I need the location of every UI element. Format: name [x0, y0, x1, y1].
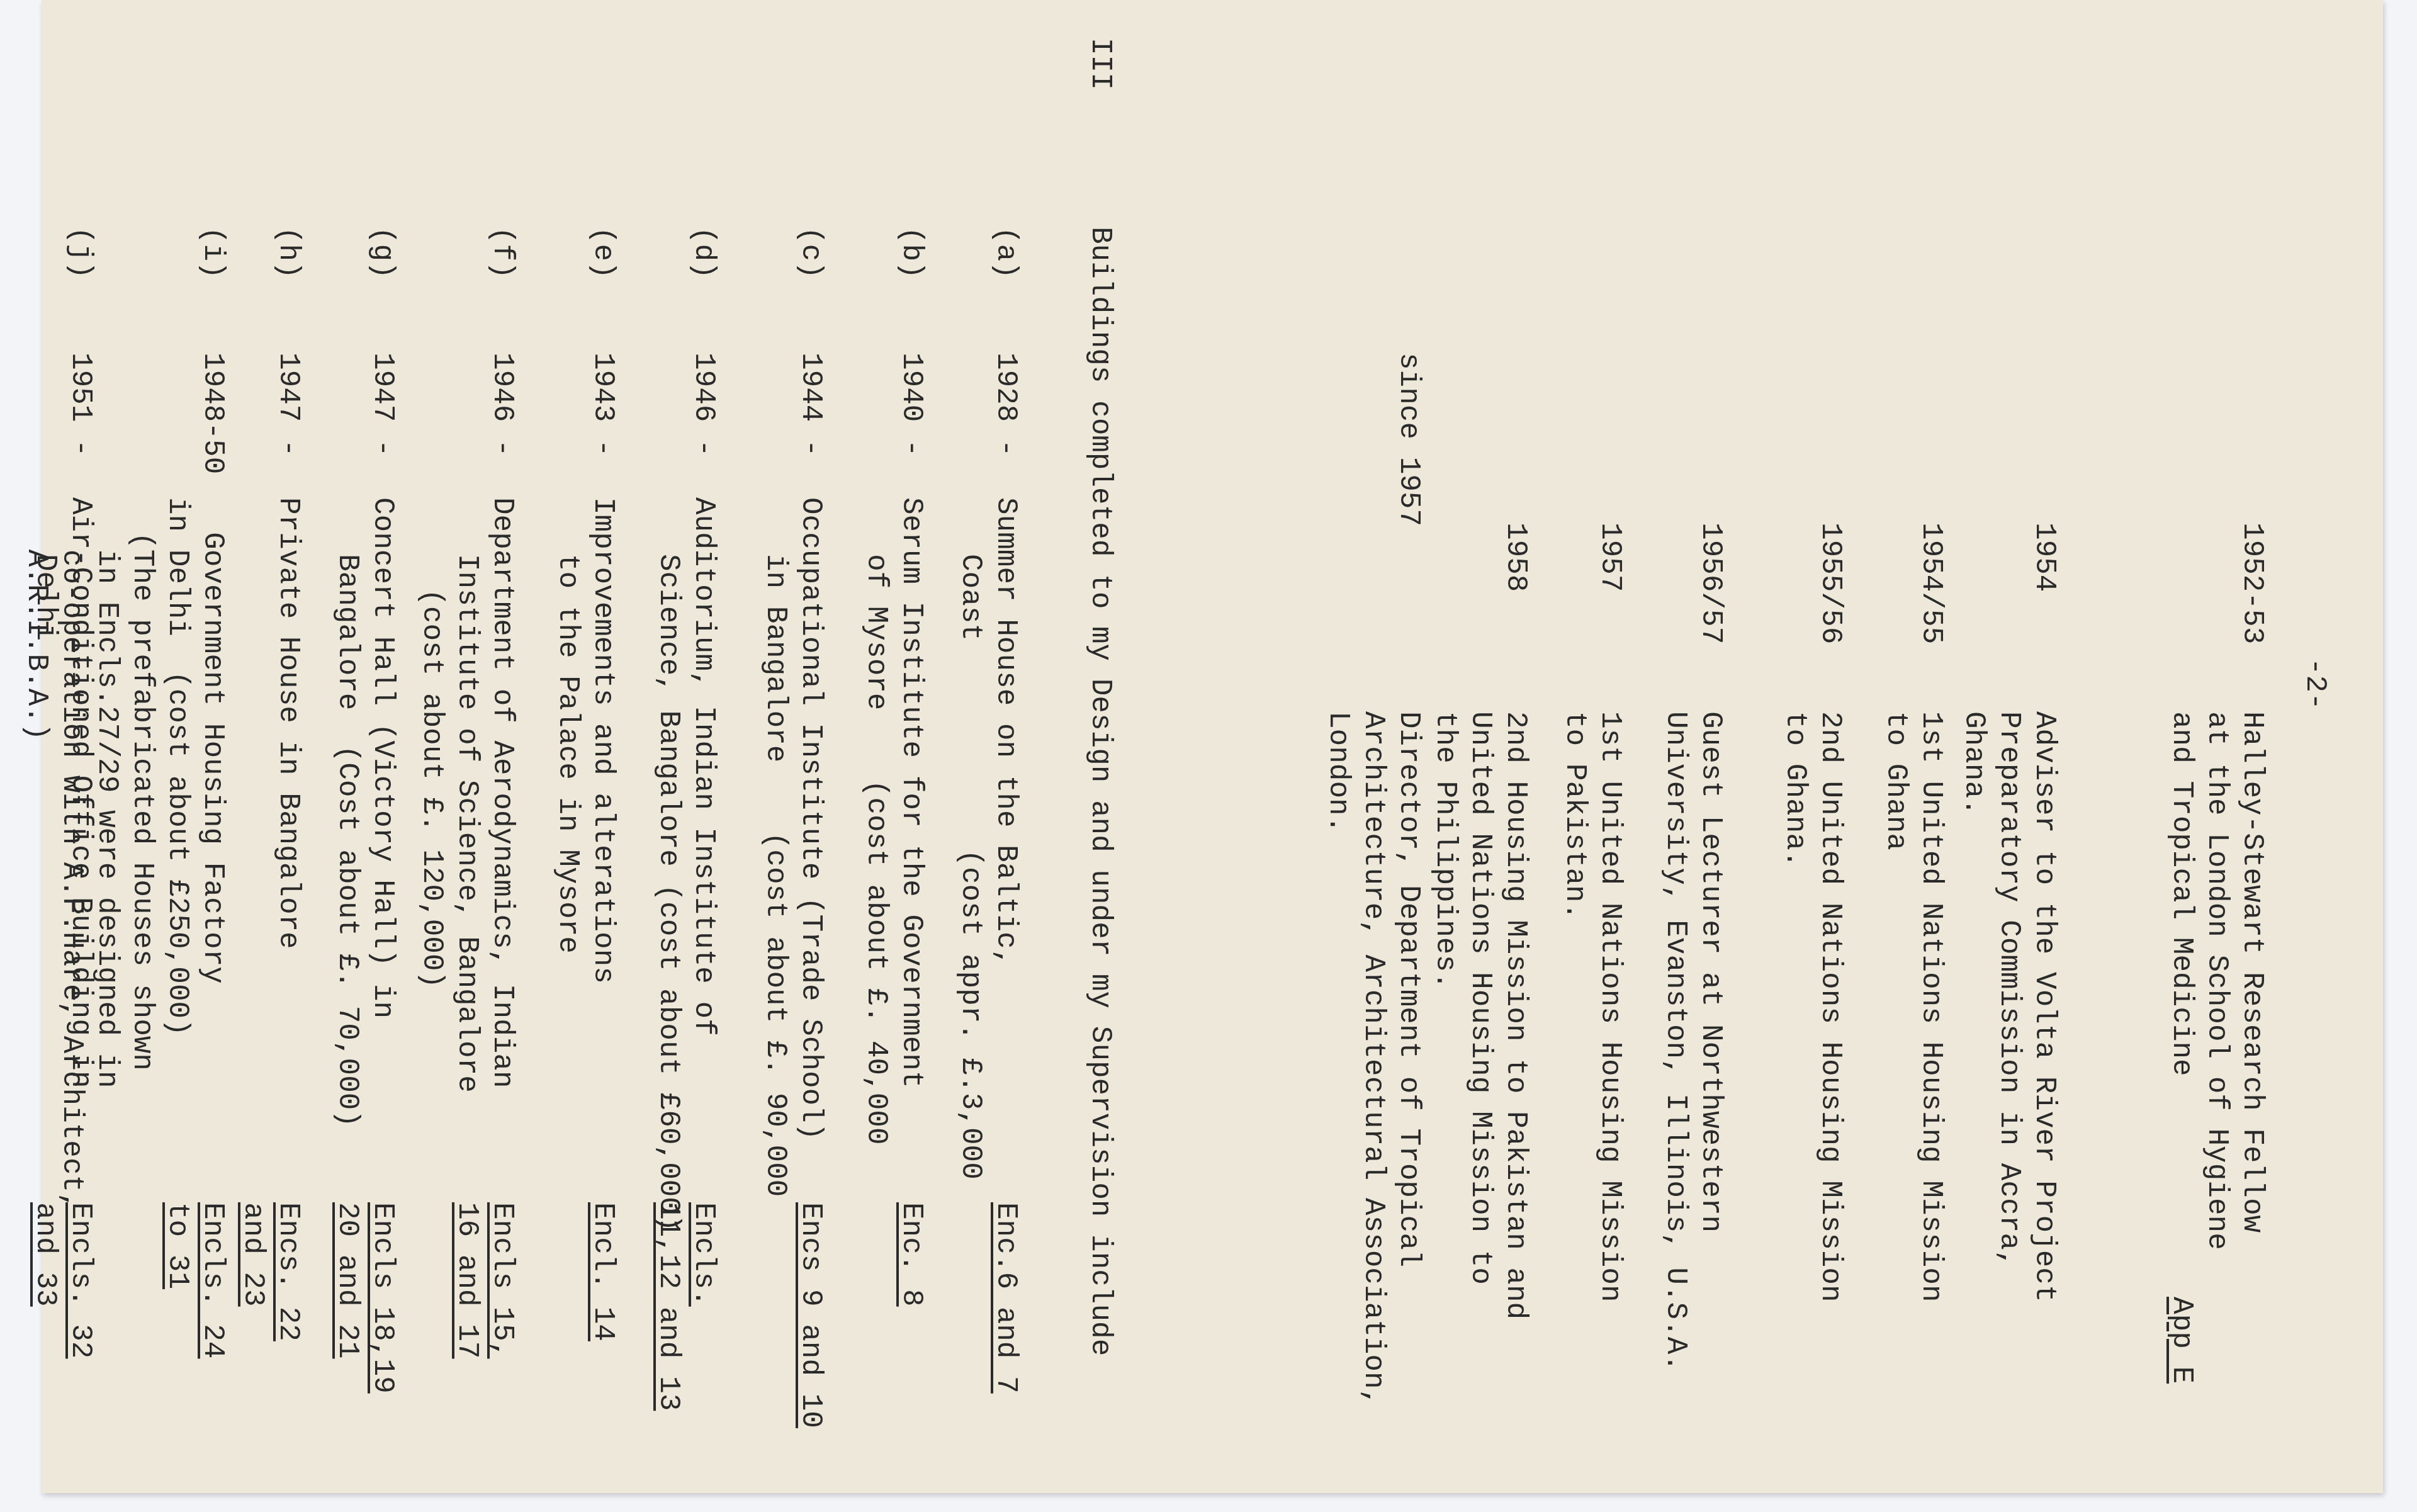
description-line: and Tropical Medicine	[2164, 711, 2199, 1250]
enclosure-ref-line: App E	[2164, 1297, 2199, 1384]
item-description: Serum Institute for the Governmentof Mys…	[859, 497, 929, 1145]
enclosure-ref: App E	[2164, 1297, 2199, 1384]
description-line: Architecture, Architectural Association,	[1356, 711, 1391, 1406]
description-line: Auditorium, Indian Institute of	[686, 497, 721, 1232]
description-line: Preparatory Commission in Accra,	[1992, 711, 2027, 1302]
item-label: (j)	[63, 227, 98, 279]
career-description: Adviser to the Volta River ProjectPrepar…	[1956, 711, 2062, 1302]
item-label: (a)	[988, 227, 1023, 279]
description-line: at the London School of Hygiene	[2199, 711, 2234, 1250]
enclosure-ref: Encls 18,1920 and 21	[330, 1202, 400, 1394]
item-label: (g)	[365, 227, 400, 279]
description-line: Delhi	[28, 497, 63, 1088]
enclosure-ref-line: 16 and 17	[449, 1202, 485, 1358]
career-year: 1955/56	[1813, 522, 1848, 644]
career-description: 1st United Nations Housing Missionto Gha…	[1878, 711, 1949, 1302]
description-line: the Philippines.	[1428, 711, 1463, 1319]
enclosure-ref: Encls. 24to 31	[160, 1202, 230, 1358]
item-year: 1947 -	[365, 353, 400, 457]
description-line: in Delhi (cost about £250,000)	[160, 497, 195, 1210]
rotated-content: -2- 1952-53Halley-Stewart Research Fello…	[42, 0, 2383, 1493]
career-description: 1st United Nations Housing Missionto Pak…	[1557, 711, 1628, 1302]
enclosure-ref: Encls 15,16 and 17	[449, 1202, 520, 1358]
enclosure-ref-line: and 23	[235, 1202, 271, 1341]
section-heading: Buildings completed to my Design and und…	[1083, 227, 1118, 1356]
item-label: (f)	[485, 227, 520, 279]
item-description: Summer House on the Baltic,Coast (cost a…	[953, 497, 1023, 1180]
description-line: (cost about £. 120,000)	[414, 497, 449, 1093]
enclosure-ref-line: Encs. 22	[271, 1202, 306, 1341]
item-description: Department of Aerodynamics, IndianInstit…	[414, 497, 520, 1093]
description-line: Director, Department of Tropical	[1391, 711, 1426, 1406]
description-line: Halley-Stewart Research Fellow	[2234, 711, 2270, 1250]
item-description: Occupational Institute (Trade School)in …	[758, 497, 828, 1197]
item-year: 1946 -	[485, 353, 520, 457]
item-year: 1943 -	[585, 353, 621, 457]
item-year: 1947 -	[271, 353, 306, 457]
item-description: Private House in Bangalore	[271, 497, 306, 949]
enclosure-ref-line: Encls.	[686, 1202, 721, 1411]
description-line: 2nd United Nations Housing Mission	[1813, 711, 1848, 1302]
description-line: Science, Bangalore (cost about £60,000)	[651, 497, 686, 1232]
item-year: 1951 -	[63, 353, 98, 457]
description-line: Concert Hall (Victory Hall) in	[365, 497, 400, 1127]
item-description: Improvements and alterationsto the Palac…	[550, 497, 621, 984]
description-line: Summer House on the Baltic,	[988, 497, 1023, 1180]
item-label: (b)	[894, 227, 929, 279]
career-year: 1956/57	[1693, 522, 1728, 644]
enclosure-ref: Encls. 32and 33	[28, 1202, 98, 1358]
description-line: Air-Conditioned Office Building in	[63, 497, 98, 1088]
career-year: 1954/55	[1913, 522, 1949, 644]
description-line: of Mysore (cost about £. 40,000	[859, 497, 894, 1145]
enclosure-ref: Encls.11,12 and 13	[651, 1202, 721, 1411]
item-description: Concert Hall (Victory Hall) inBangalore …	[330, 497, 400, 1127]
career-description: 2nd United Nations Housing Missionto Gha…	[1778, 711, 1848, 1302]
career-year: 1952-53	[2234, 522, 2270, 644]
page-number: -2-	[2297, 658, 2333, 710]
description-line: Private House in Bangalore	[271, 497, 306, 949]
career-description: Director, Department of TropicalArchitec…	[1321, 711, 1426, 1406]
enclosure-ref-line: Enc.6 and 7	[988, 1202, 1023, 1394]
career-year: 1957	[1592, 522, 1628, 592]
career-description: Halley-Stewart Research Fellowat the Lon…	[2164, 711, 2270, 1250]
enclosure-ref-line: Encls 18,19	[365, 1202, 400, 1394]
description-line: Bangalore (Cost about £. 70,000)	[330, 497, 365, 1127]
description-line: Department of Aerodynamics, Indian	[485, 497, 520, 1093]
career-year: 1954	[2027, 522, 2062, 592]
description-line: 1st United Nations Housing Mission	[1592, 711, 1628, 1302]
enclosure-ref-line: Enc. 8	[894, 1202, 929, 1307]
description-line: London.	[1321, 711, 1356, 1406]
description-line: Institute of Science, Bangalore	[449, 497, 485, 1093]
description-line: to the Palace in Mysore	[550, 497, 585, 984]
description-line: United Nations Housing Mission to	[1463, 711, 1498, 1319]
item-label: (i)	[195, 227, 230, 279]
item-label: (h)	[271, 227, 306, 279]
item-year: 1946 -	[686, 353, 721, 457]
career-description: Guest Lecturer at NorthwesternUniversity…	[1658, 711, 1728, 1372]
item-description: Air-Conditioned Office Building inDelhi	[28, 497, 98, 1088]
description-line: 1st United Nations Housing Mission	[1913, 711, 1949, 1302]
item-year: 1928 -	[988, 353, 1023, 457]
enclosure-ref-line: and 33	[28, 1202, 63, 1358]
description-line: Government Housing Factory	[195, 497, 230, 1210]
enclosure-ref: Encs 9 and 10	[793, 1202, 828, 1428]
description-line: Ghana.	[1956, 711, 1992, 1302]
career-description: 2nd Housing Mission to Pakistan andUnite…	[1428, 711, 1533, 1319]
document-page: -2- 1952-53Halley-Stewart Research Fello…	[42, 0, 2383, 1493]
career-year: 1958	[1498, 522, 1533, 592]
enclosure-ref-line: to 31	[160, 1202, 195, 1358]
item-year: 1940 -	[894, 353, 929, 457]
item-label: (d)	[686, 227, 721, 279]
description-line: to Ghana.	[1778, 711, 1813, 1302]
enclosure-ref: Enc.6 and 7	[988, 1202, 1023, 1394]
enclosure-ref-line: 20 and 21	[330, 1202, 365, 1394]
item-description: Auditorium, Indian Institute ofScience, …	[651, 497, 721, 1232]
description-line: to Pakistan.	[1557, 711, 1592, 1302]
enclosure-ref-line: Encl. 14	[585, 1202, 621, 1341]
description-line: Serum Institute for the Government	[894, 497, 929, 1145]
enclosure-ref-line: 11,12 and 13	[651, 1202, 686, 1411]
description-line: 2nd Housing Mission to Pakistan and	[1498, 711, 1533, 1319]
description-line: University, Evanston, Illinois, U.S.A.	[1658, 711, 1693, 1372]
enclosure-ref-line: Encls 15,	[485, 1202, 520, 1358]
description-line: Improvements and alterations	[585, 497, 621, 984]
description-line: Coast (cost appr. £.3,000	[953, 497, 988, 1180]
enclosure-ref: Enc. 8	[894, 1202, 929, 1307]
enclosure-ref: Encs. 22and 23	[235, 1202, 306, 1341]
item-year: 1948-50	[195, 353, 230, 474]
section-numeral: III	[1083, 38, 1118, 90]
enclosure-ref: Encl. 14	[585, 1202, 621, 1341]
description-line: Occupational Institute (Trade School)	[793, 497, 828, 1197]
item-label: (e)	[585, 227, 621, 279]
description-line: to Ghana	[1878, 711, 1913, 1302]
description-line: Guest Lecturer at Northwestern	[1693, 711, 1728, 1372]
description-line: in Bangalore (cost about £. 90,000	[758, 497, 793, 1197]
description-line: (The prefabricated Houses shown	[125, 497, 160, 1210]
enclosure-ref-line: Encls. 32	[63, 1202, 98, 1358]
enclosure-ref-line: Encls. 24	[195, 1202, 230, 1358]
career-year: since 1957	[1391, 353, 1426, 526]
item-year: 1944 -	[793, 353, 828, 457]
description-line: Adviser to the Volta River Project	[2027, 711, 2062, 1302]
typed-letter-page: -2- 1952-53Halley-Stewart Research Fello…	[42, 0, 2383, 1493]
enclosure-ref-line: Encs 9 and 10	[793, 1202, 828, 1428]
item-label: (c)	[793, 227, 828, 279]
